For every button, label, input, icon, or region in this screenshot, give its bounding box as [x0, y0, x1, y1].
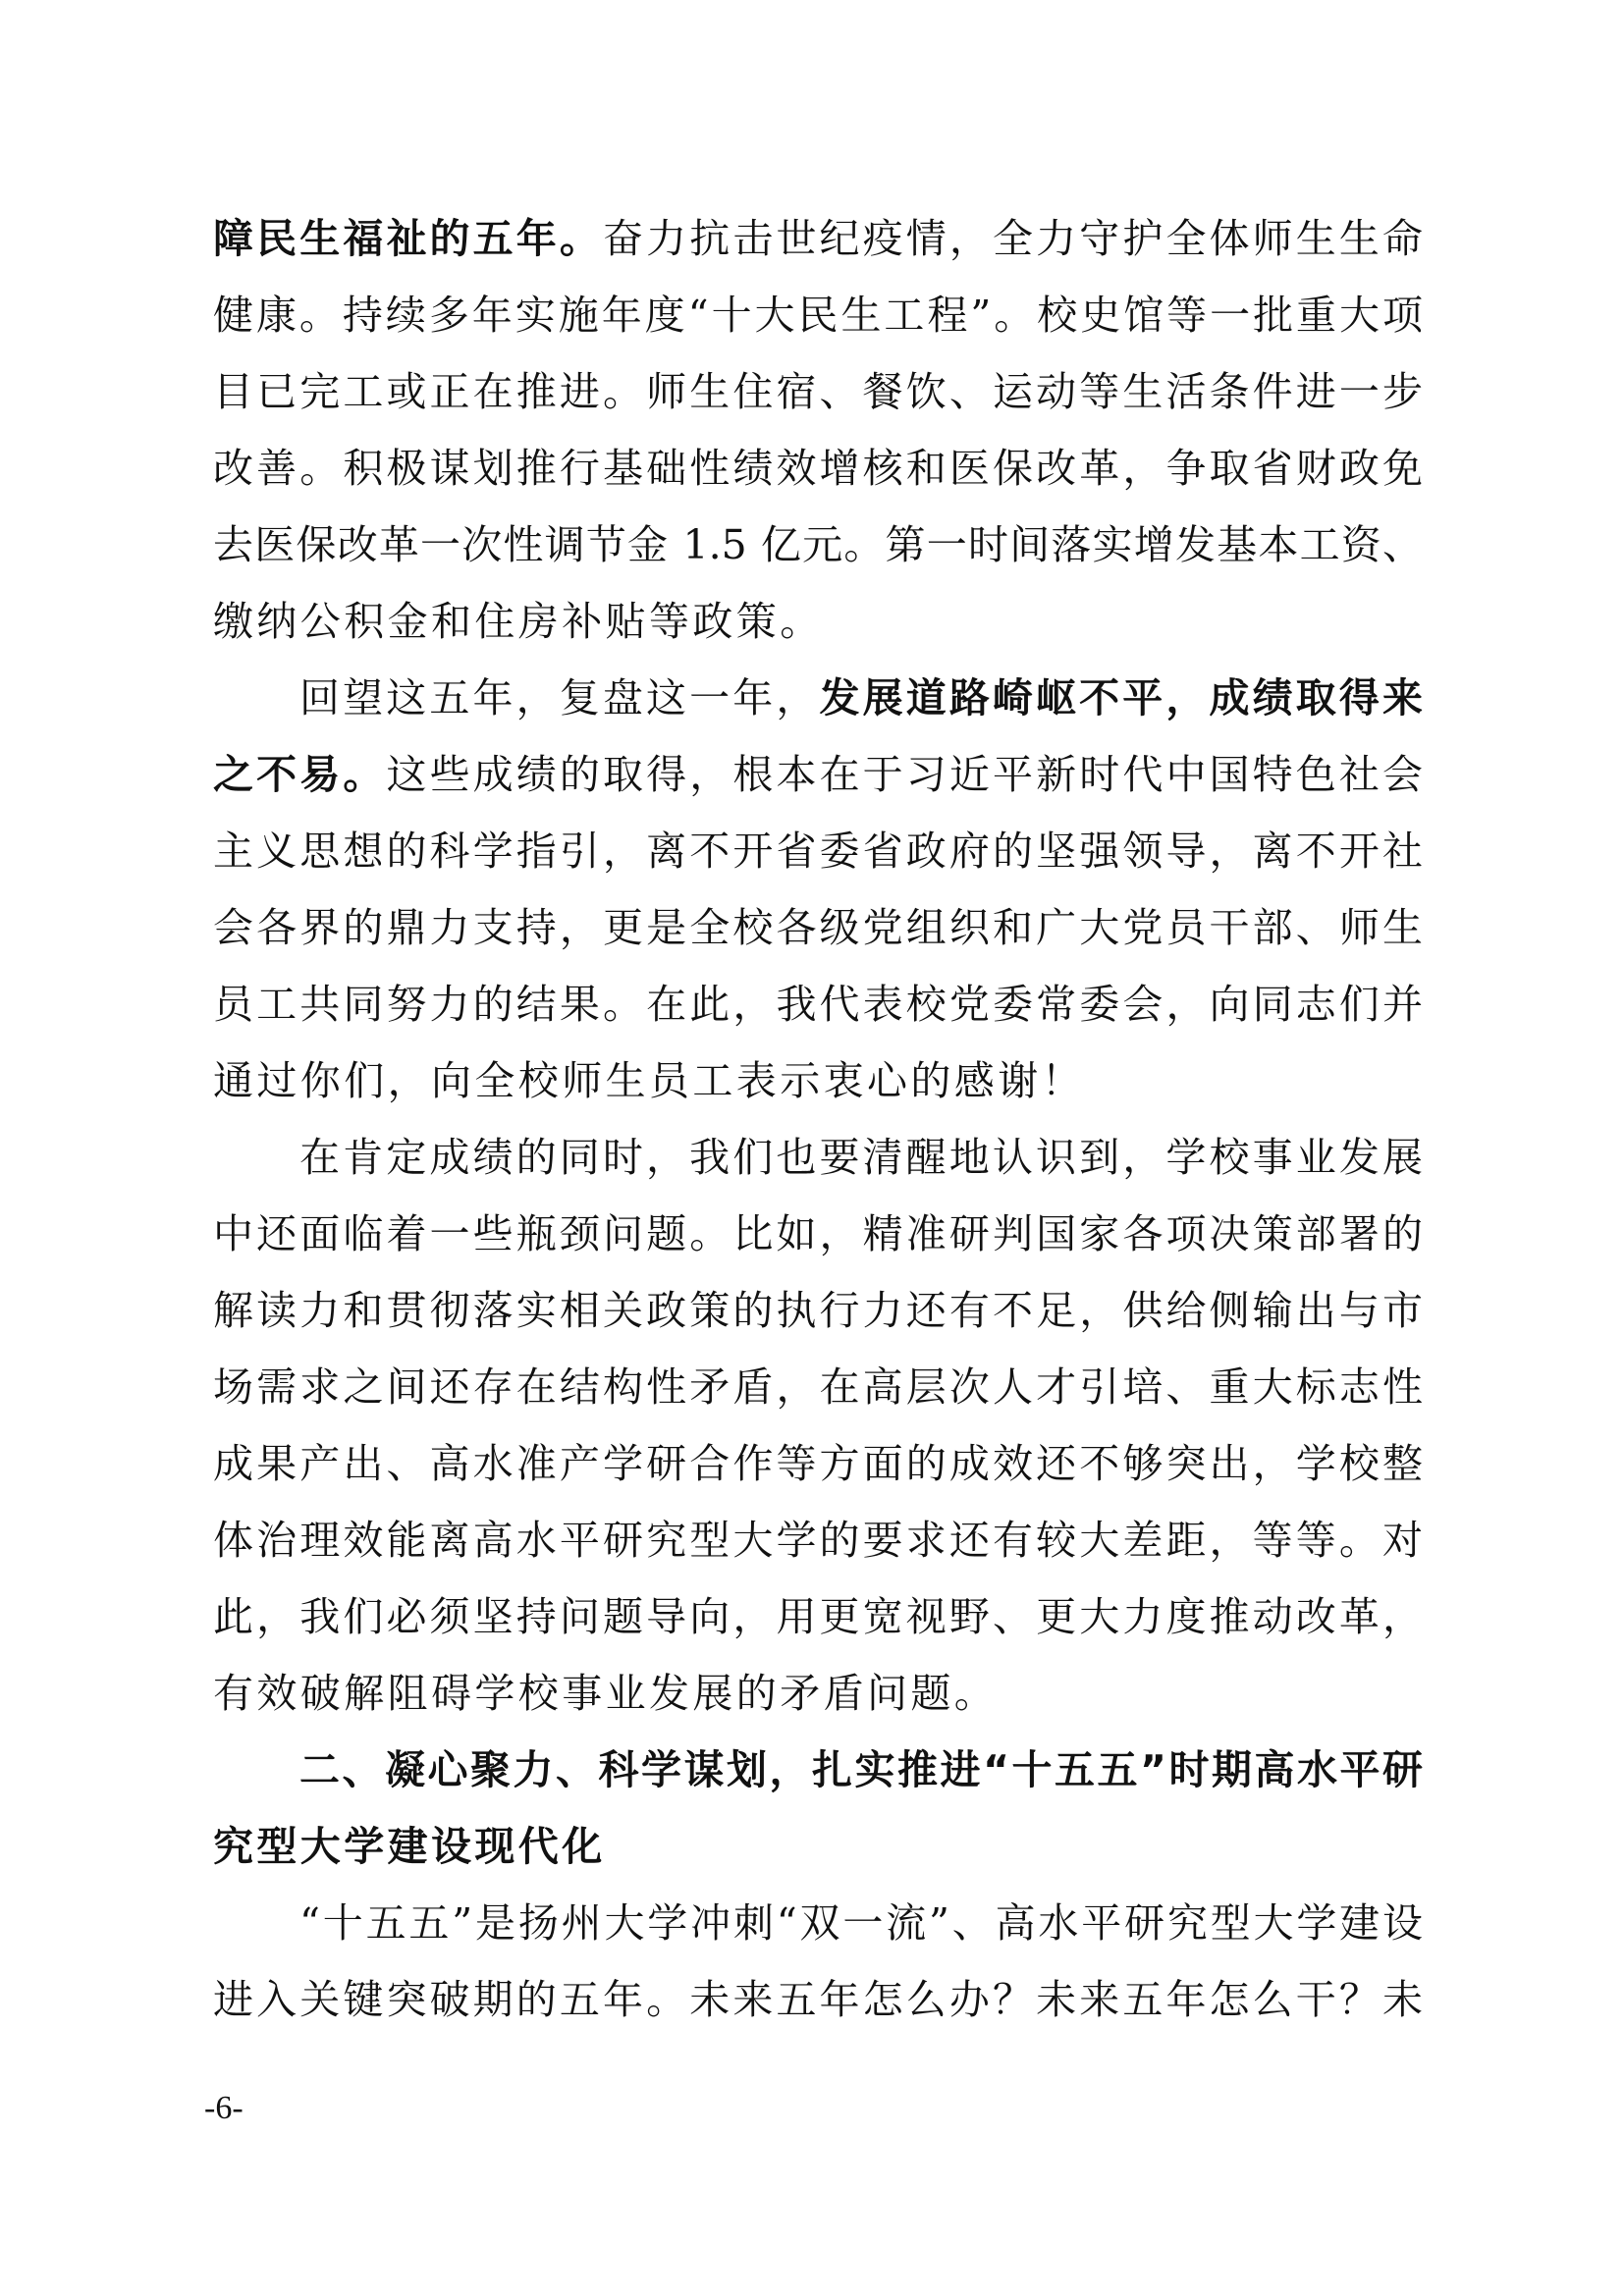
text-run: 奋力抗击世纪疫情，全力守护全体师生生命 [603, 215, 1423, 262]
text-run: 这些成绩的取得，根本在于习近平新时代中国特色社会 [386, 751, 1423, 798]
paragraph-line-23: “十五五”是扬州大学冲刺“双一流”、高水平研究型大学建设 [299, 1885, 1423, 1961]
paragraph-line-4: 改善。积极谋划推行基础性绩效增核和医保改革，争取省财政免 [213, 430, 1423, 507]
paragraph-line-15: 解读力和贯彻落实相关政策的执行力还有不足，供给侧输出与市 [213, 1272, 1423, 1349]
section-heading-line-1: 二、凝心聚力、科学谋划，扎实推进“十五五”时期高水平研 [299, 1732, 1423, 1808]
paragraph-line-18: 体治理效能离高水平研究型大学的要求还有较大差距，等等。对 [213, 1502, 1423, 1578]
page-number: -6- [204, 2085, 244, 2132]
paragraph-line-17: 成果产出、高水准产学研合作等方面的成效还不够突出，学校整 [213, 1425, 1423, 1502]
section-heading-line-2: 究型大学建设现代化 [213, 1808, 1423, 1885]
paragraph-line-19: 此，我们必须坚持问题导向，用更宽视野、更大力度推动改革， [213, 1578, 1423, 1655]
document-page: 障民生福祉的五年。奋力抗击世纪疫情，全力守护全体师生生命 健康。持续多年实施年度… [0, 0, 1624, 2296]
paragraph-line-11: 员工共同努力的结果。在此，我代表校党委常委会，向同志们并 [213, 966, 1423, 1042]
paragraph-line-2: 健康。持续多年实施年度“十大民生工程”。校史馆等一批重大项 [213, 277, 1423, 353]
paragraph-line-8: 之不易。这些成绩的取得，根本在于习近平新时代中国特色社会 [213, 736, 1423, 813]
paragraph-line-3: 目已完工或正在推进。师生住宿、餐饮、运动等生活条件进一步 [213, 353, 1423, 430]
paragraph-line-12: 通过你们，向全校师生员工表示衷心的感谢！ [213, 1042, 1423, 1119]
paragraph-line-13: 在肯定成绩的同时，我们也要清醒地认识到，学校事业发展 [299, 1119, 1423, 1196]
text-run: 回望这五年，复盘这一年， [299, 674, 819, 721]
paragraph-line-7: 回望这五年，复盘这一年，发展道路崎岖不平，成绩取得来 [299, 660, 1423, 736]
paragraph-line-14: 中还面临着一些瓶颈问题。比如，精准研判国家各项决策部署的 [213, 1196, 1423, 1272]
bold-phrase: 障民生福祉的五年。 [213, 215, 603, 262]
paragraph-line-6: 缴纳公积金和住房补贴等政策。 [213, 583, 1423, 660]
paragraph-line-5: 去医保改革一次性调节金 1.5 亿元。第一时间落实增发基本工资、 [213, 507, 1423, 583]
paragraph-line-24: 进入关键突破期的五年。未来五年怎么办？未来五年怎么干？未 [213, 1961, 1423, 2038]
paragraph-line-16: 场需求之间还存在结构性矛盾，在高层次人才引培、重大标志性 [213, 1349, 1423, 1425]
paragraph-line-9: 主义思想的科学指引，离不开省委省政府的坚强领导，离不开社 [213, 813, 1423, 889]
bold-phrase: 发展道路崎岖不平，成绩取得来 [819, 674, 1423, 721]
paragraph-line-10: 会各界的鼎力支持，更是全校各级党组织和广大党员干部、师生 [213, 889, 1423, 966]
bold-phrase: 之不易。 [213, 751, 386, 798]
paragraph-line-1: 障民生福祉的五年。奋力抗击世纪疫情，全力守护全体师生生命 [213, 200, 1423, 277]
paragraph-line-20: 有效破解阻碍学校事业发展的矛盾问题。 [213, 1655, 1423, 1732]
